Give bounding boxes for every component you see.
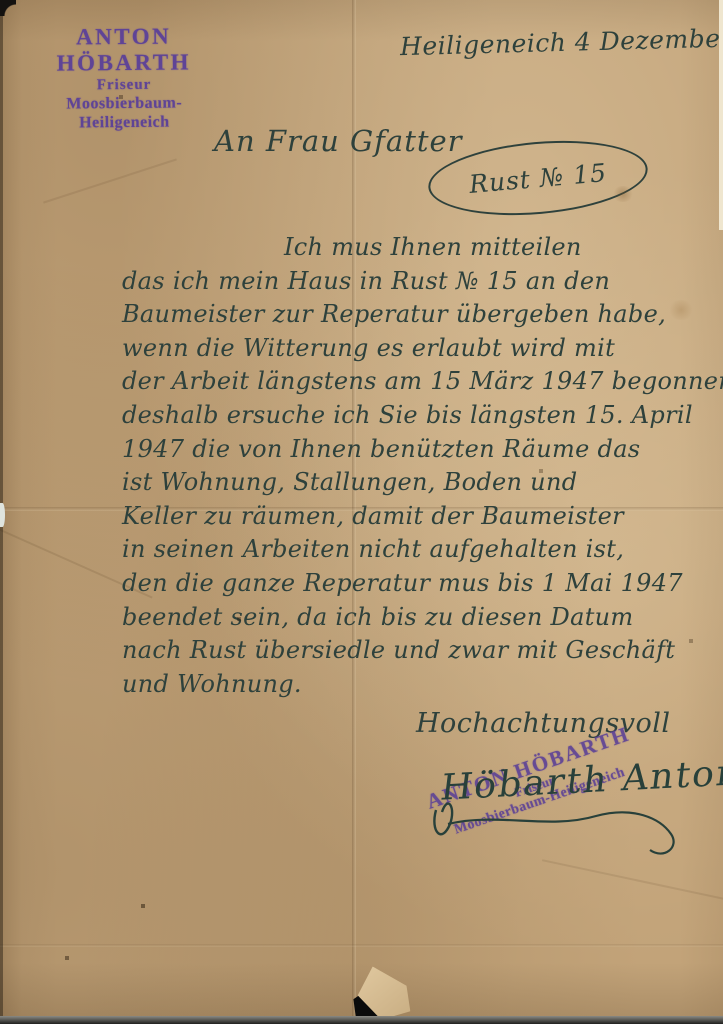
body-line: und Wohnung. [122, 668, 700, 702]
body-line: Ich mus Ihnen mitteilen [122, 231, 700, 265]
lower-fold-line [0, 944, 723, 947]
body-line: 1947 die von Ihnen benützten Räume das [122, 433, 700, 467]
recipient-line: An Frau Gfatter [214, 124, 463, 158]
paper-stain [668, 300, 694, 320]
paper-crease [43, 158, 177, 203]
body-line: das ich mein Haus in Rust № 15 an den [122, 265, 700, 299]
letter-body: Ich mus Ihnen mitteilen das ich mein Hau… [122, 231, 700, 701]
paper-specks [0, 0, 2, 2]
body-line: in seinen Arbeiten nicht aufgehalten ist… [122, 533, 700, 567]
dateline: Heiligeneich 4 Dezember 1946 [400, 24, 721, 61]
body-line: deshalb ersuche ich Sie bis längsten 15.… [122, 399, 700, 433]
body-line: beendet sein, da ich bis zu diesen Datum [122, 601, 700, 635]
body-line: den die ganze Reperatur mus bis 1 Mai 19… [122, 567, 700, 601]
body-line: wenn die Witterung es erlaubt wird mit [122, 332, 700, 366]
scanned-letter: ANTON HÖBARTH Friseur Moosbierbaum-Heili… [0, 0, 723, 1024]
letterhead-stamp-name: ANTON HÖBARTH [26, 23, 222, 77]
scan-edge-right [719, 0, 723, 230]
paper-edge-notch [0, 503, 5, 527]
body-line: Baumeister zur Reperatur übergeben habe, [122, 298, 700, 332]
letterhead-stamp-location: Moosbierbaum-Heiligeneich [26, 93, 222, 133]
body-line: nach Rust übersiedle und zwar mit Geschä… [122, 634, 700, 668]
signature: Höbarth Anton [438, 752, 723, 809]
paper-stain [612, 186, 634, 202]
scan-edge-bottom [0, 1016, 723, 1024]
oval-annotation-text: Rust № 15 [468, 158, 608, 199]
body-line: Keller zu räumen, damit der Baumeister [122, 500, 700, 534]
scan-corner-topleft [0, 0, 16, 16]
paper-crease [542, 859, 723, 903]
body-line: der Arbeit längstens am 15 März 1947 beg… [122, 365, 700, 399]
body-line: ist Wohnung, Stallungen, Boden und [122, 466, 700, 500]
letterhead-stamp: ANTON HÖBARTH Friseur Moosbierbaum-Heili… [26, 23, 223, 133]
letterhead-stamp-trade: Friseur [26, 75, 222, 95]
